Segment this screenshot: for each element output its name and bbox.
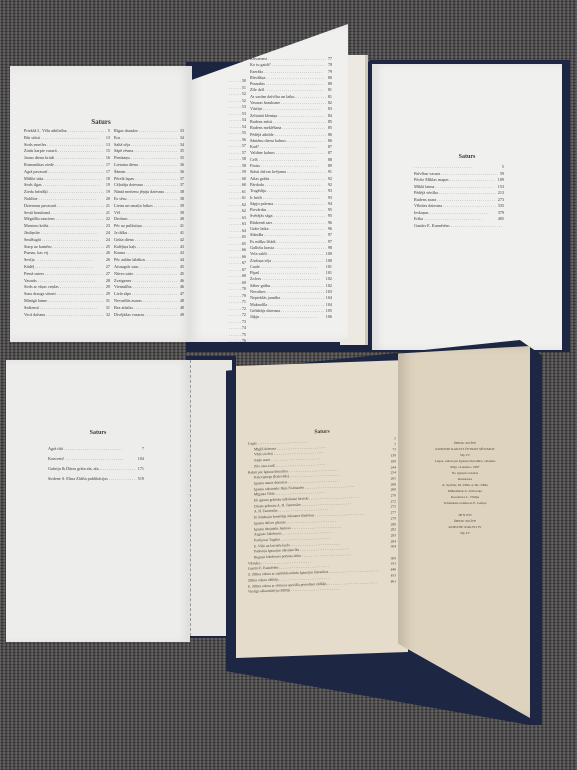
toc-entry-page: 7: [140, 444, 144, 454]
toc-entry: Suns draugs sāsnei29: [24, 291, 110, 298]
toc-entry-title: Nāntā meitenu jēņiju dziesma: [114, 189, 178, 196]
toc-title: Saturs: [6, 430, 190, 436]
toc-entry: Sirds ar vīņas ceņšas29: [24, 284, 110, 291]
toc-entry-title: Sestā brauksmā: [24, 210, 104, 217]
toc-entry: Gunārs E. Kannērēns: [414, 223, 504, 230]
toc-entry-page: 38: [178, 196, 184, 203]
toc-entry-page: 36: [178, 169, 184, 176]
toc-list: Agrā rītā7Koncerts!104Gabriju & Dārza gr…: [48, 444, 144, 484]
toc-entry-title: Mēgalīšu sauciens: [24, 216, 104, 223]
toc-entry-page: 39: [178, 210, 184, 217]
toc-entry-title: Mantoru krāša: [24, 223, 104, 230]
toc-entry: Divējādas vasaras49: [114, 312, 184, 319]
toc-column-2: Rīgas draudze33Eos34Saltā sēja34Sāpē rēs…: [114, 128, 184, 318]
toc-entry-title: Pienā sniers: [24, 271, 103, 278]
toc-entry-page: 27: [104, 264, 110, 271]
toc-entry: Lietaina diena36: [114, 162, 184, 169]
toc-entry-page: 41: [178, 230, 184, 237]
toc-entry-page: 37: [178, 182, 184, 189]
toc-entry-page: 26: [104, 250, 110, 257]
toc-entry: Smilšugāi24: [24, 237, 110, 244]
book-bottom-left-page: Saturs Agrā rītā7Koncerts!104Gabriju & D…: [6, 360, 190, 642]
toc-entry-title: Drošum: [114, 216, 178, 223]
toc-entry: Noklīne20: [24, 196, 110, 203]
toc-entry: Es sēsu38: [114, 196, 184, 203]
toc-entry: Māšīte taka18: [24, 176, 110, 183]
toc-entry: Jauno dienu kriaši16: [24, 155, 110, 162]
toc-entry-page: 23: [104, 223, 110, 230]
toc-entry: Sirds ilgas19: [24, 182, 110, 189]
toc-entry-title: Sirds ar vīņas ceņšas: [24, 284, 104, 291]
toc-list: 5Brīvības vasara59Pēcīte Mīklas mapas109…: [414, 164, 504, 229]
toc-entry-page: 45: [178, 264, 184, 271]
toc-entry-page: 49: [178, 312, 184, 319]
toc-entry: Jūķju106: [250, 314, 332, 320]
imprint-line: Sēj. IV: [420, 530, 510, 536]
toc-entry: Lietas un smaiļu laikos39: [114, 203, 184, 210]
toc-entry-title: Pēc aulām labākos: [114, 257, 178, 264]
book-top-left-left-page: Saturs Priekšā L. Vēlu atbilstība5Bās st…: [10, 66, 192, 342]
toc-entry: Ziedu brīnišķī19: [24, 189, 110, 196]
toc-entry: Pēc uz pulkstiņu41: [114, 223, 184, 230]
toc-numbers-column: . . . . . . 50. . . . . . 51. . . . . . …: [206, 78, 246, 358]
toc-entry: Vēl39: [114, 210, 184, 217]
toc-entry-title: Nevarīšās asaras: [114, 298, 178, 305]
toc-entry-title: Zinās karpie vasarā: [24, 148, 104, 155]
toc-entry-title: Kādēļ: [24, 264, 93, 271]
toc-entry-title: Sirds ilgas: [24, 182, 100, 189]
toc-entry: Pēc aulām labākos44: [114, 257, 184, 264]
toc-entry-page: 17: [104, 162, 110, 169]
toc-entry-title: Sāpē rēsma: [114, 148, 178, 155]
toc-entry-page: 34: [178, 135, 184, 142]
toc-entry-title: Lietaina diena: [114, 162, 178, 169]
toc-entry-page: 13: [104, 135, 110, 142]
toc-entry: Kalējiņa kaļs43: [114, 244, 184, 251]
toc-entry: Sirds smeiles13: [24, 142, 110, 149]
toc-entry: Nāves saite45: [114, 271, 184, 278]
toc-entry-title: Sirdene S. Elina Zīdiša publikācijas: [48, 474, 136, 484]
imprint-line: Tehniskais redaktors E. Galiņa: [420, 500, 510, 506]
toc-entry-page: 39: [178, 203, 184, 210]
toc-entry-title: Jauno dienu kriaši: [24, 155, 104, 162]
toc-entry-page: 15: [104, 148, 110, 155]
toc-entry-page: 34: [178, 142, 184, 149]
toc-entry-page: 42: [178, 237, 184, 244]
toc-entry-page: 20: [104, 196, 110, 203]
toc-entry: Mantoru krāša23: [24, 223, 110, 230]
imprint-block: ŽIEDU ZILĪTEKOPOTIE RAKSTI ČETROS SĒJUMO…: [420, 440, 510, 536]
toc-entry-title: Koncerts!: [48, 454, 123, 464]
toc-entry-title: Kalējiņa kaļs: [114, 244, 178, 251]
toc-entry-title: Suns draugs sāsnei: [24, 291, 104, 298]
toc-entry: Dziesmas pavasarā21: [24, 203, 110, 210]
toc-entry-page: 19: [104, 182, 110, 189]
toc-entry: Koncerts!104: [48, 454, 144, 464]
toc-entry-title: Vecā dzīsma: [24, 312, 104, 319]
toc-entry-page: 13: [104, 142, 110, 149]
toc-entry: Šāmen36: [114, 169, 184, 176]
toc-entry-page: 48: [178, 298, 184, 305]
toc-entry: Sirdene S. Elina Zīdiša publikācijas519: [48, 474, 144, 484]
toc-entry-page: 44: [178, 257, 184, 264]
toc-entry-page: 36: [178, 162, 184, 169]
toc-entry: Pērelā lapas37: [114, 176, 184, 183]
toc-title: Saturs: [10, 118, 192, 126]
toc-entry-title: Sediensā: [24, 305, 98, 312]
toc-entry-title: Mānīgā laime: [24, 298, 104, 305]
toc-entry-page: 16: [104, 155, 110, 162]
toc-entry-title: Māšīte taka: [24, 176, 102, 183]
toc-entry: Jāuliņsīte24: [24, 230, 110, 237]
toc-entry: Sestā brauksmā21: [24, 210, 110, 217]
book-bottom-left-facing-page: [190, 360, 232, 636]
toc-entry: Mānīgā laime31: [24, 298, 110, 305]
toc-entry-page: 43: [178, 244, 184, 251]
toc-entry-title: Ja tālku: [114, 230, 178, 237]
toc-entry-title: Lietas un smaiļu laikos: [114, 203, 178, 210]
toc-entry-page: 104: [136, 454, 144, 464]
toc-entry-page: [502, 223, 504, 230]
toc-entry: Mēgalīšu sauciens22: [24, 216, 110, 223]
toc-entry: Bez atbalss48: [114, 305, 184, 312]
toc-entry-page: 519: [136, 474, 144, 484]
toc-entry-title: Es sēsu: [114, 196, 178, 203]
toc-entry-title: Priekšā L. Vēlu atbilstība: [24, 128, 106, 135]
toc-entry-page: 21: [104, 210, 110, 217]
toc-entry-page: 106: [324, 314, 332, 320]
book-top-right-page: Saturs 5Brīvības vasara59Pēcīte Mīklas m…: [372, 64, 562, 350]
toc-entry-page: 22: [104, 216, 110, 223]
toc-entry-page: 25: [104, 244, 110, 251]
toc-entry-page: 31: [104, 305, 110, 312]
toc-entry: Cēļotāja dziesma37: [114, 182, 184, 189]
toc-entry-title: Starp uz kamēru: [24, 244, 104, 251]
toc-entry-page: 46: [178, 278, 184, 285]
toc-entry: Saltā sēja34: [114, 142, 184, 149]
toc-entry-page: 37: [178, 176, 184, 183]
toc-entry-title: Saltā sēja: [114, 142, 178, 149]
toc-entry-title: Romantikas ziede: [24, 162, 104, 169]
toc-entry: Agrā pavasarī17: [24, 169, 110, 176]
toc-entry: Pumas, kas vij26: [24, 250, 110, 257]
toc-entry-title: Rīgas draudze: [114, 128, 178, 135]
toc-entry-page: 31: [104, 298, 110, 305]
toc-entry-title: Pēc uz pulkstiņu: [114, 223, 178, 230]
toc-entry-page: 5: [106, 128, 110, 135]
toc-entry-title: Eos: [114, 135, 178, 142]
toc-entry: Grūta diena42: [114, 237, 184, 244]
toc-entry: Romantikas ziede17: [24, 162, 110, 169]
toc-entry: Eos34: [114, 135, 184, 142]
toc-entry: Priekšā L. Vēlu atbilstība5: [24, 128, 110, 135]
toc-entry-page: 27: [104, 271, 110, 278]
toc-entry-title: Šāmen: [114, 169, 178, 176]
toc-entry: Zinās karpie vasarā15: [24, 148, 110, 155]
toc-entry-title: Kauna: [114, 250, 178, 257]
toc-entry: Pienkaņu35: [114, 155, 184, 162]
toc-entry-title: Dziesmas pavasarā: [24, 203, 104, 210]
toc-entry-title: Vasarās: [24, 278, 95, 285]
toc-entry-page: 45: [178, 271, 184, 278]
toc-entry-page: 21: [104, 203, 110, 210]
toc-entry-title: Jāuliņsīte: [24, 230, 98, 237]
toc-entry-page: 38: [178, 189, 184, 196]
toc-column-3: Rītvarnest77Ko tu gaidi?78Ezerāks79Rītvā…: [250, 56, 332, 320]
toc-entry-title: Pumas, kas vij: [24, 250, 104, 257]
toc-entry-page: 29: [104, 284, 110, 291]
toc-entry-title: Bez atbalss: [114, 305, 178, 312]
toc-entry-title: Noklīne: [24, 196, 96, 203]
toc-entry-title: Liela sāpe: [114, 291, 178, 298]
book-bottom-right-left-page: Saturs Lugas5Mīgliš dziesma7Vēde sirvēst…: [236, 360, 408, 658]
toc-entry: Sediensā31: [24, 305, 110, 312]
toc-entry: Liela sāpe47: [114, 291, 184, 298]
toc-entry-title: Jūķju: [250, 314, 318, 320]
toc-entry-page: 47: [178, 291, 184, 298]
toc-entry: Nevarīšās asaras48: [114, 298, 184, 305]
toc-entry-page: [394, 585, 396, 591]
toc-column-1: Priekšā L. Vēlu atbilstība5Bās stāsti13S…: [24, 128, 110, 318]
toc-entry-page: 35: [178, 148, 184, 155]
toc-entry-page: 35: [178, 155, 184, 162]
toc-entry-title: Pienkaņu: [114, 155, 178, 162]
toc-entry: Vientulība46: [114, 284, 184, 291]
toc-entry: Zvaigznes46: [114, 278, 184, 285]
toc-entry-title: Sirds smeiles: [24, 142, 104, 149]
toc-entry-page: 19: [104, 189, 110, 196]
toc-entry: Nāntā meitenu jēņiju dziesma38: [114, 189, 184, 196]
toc-entry-title: Bās stāsti: [24, 135, 99, 142]
toc-entry-page: 46: [178, 284, 184, 291]
toc-entry-page: 28: [104, 278, 110, 285]
toc-list: Lugas5Mīgliš dziesma7Vēde sirvēsti73Saul…: [248, 436, 396, 595]
toc-entry: Starp uz kamēru25: [24, 244, 110, 251]
toc-entry: Sevīja26: [24, 257, 110, 264]
toc-entry-title: Vēl: [114, 210, 178, 217]
toc-entry-page: 43: [178, 250, 184, 257]
toc-entry-title: Divējādas vasaras: [114, 312, 178, 319]
toc-entry-title: Sevīja: [24, 257, 93, 264]
toc-entry: Drošum40: [114, 216, 184, 223]
toc-entry-title: Zvaigznes: [114, 278, 178, 285]
toc-entry-page: 18: [104, 176, 110, 183]
toc-entry: Pienā sniers27: [24, 271, 110, 278]
toc-entry-page: 24: [104, 230, 110, 237]
toc-entry: Vasarās28: [24, 278, 110, 285]
toc-entry-title: Gabriju & Dārza grāta aīa, aīa...: [48, 464, 136, 474]
toc-entry-page: 171: [136, 464, 144, 474]
toc-entry-title: Grūta diena: [114, 237, 178, 244]
toc-entry-page: 24: [104, 237, 110, 244]
toc-entry: Atsaugsīs sauc45: [114, 264, 184, 271]
toc-entry-title: Gunārs E. Kannērēns: [414, 223, 502, 230]
toc-entry-title: Smilšugāi: [24, 237, 99, 244]
toc-entry: Sāpē rēsma35: [114, 148, 184, 155]
toc-entry: Agrā rītā7: [48, 444, 144, 454]
toc-entry: Vecā dzīsma32: [24, 312, 110, 319]
toc-entry-page: 26: [104, 257, 110, 264]
toc-entry-title: Atsaugsīs sauc: [114, 264, 178, 271]
toc-title: Saturs: [372, 154, 562, 160]
toc-entry-title: Ziedu brīnišķī: [24, 189, 104, 196]
toc-entry-page: 17: [104, 169, 110, 176]
toc-entry-page: 29: [104, 291, 110, 298]
toc-entry: Gabriju & Dārza grāta aīa, aīa...171: [48, 464, 144, 474]
toc-entry-title: Pērelā lapas: [114, 176, 178, 183]
toc-entry-title: Agrā rītā: [48, 444, 122, 454]
toc-entry-title: Vientulība: [114, 284, 178, 291]
toc-entry-page: 40: [178, 216, 184, 223]
toc-entry-title: Nāves saite: [114, 271, 178, 278]
toc-entry-page: 33: [178, 128, 184, 135]
toc-entry-page: 41: [178, 223, 184, 230]
toc-entry: Kādēļ27: [24, 264, 110, 271]
toc-entry: Ja tālku41: [114, 230, 184, 237]
toc-entry: Kauna43: [114, 250, 184, 257]
toc-entry: Bās stāsti13: [24, 135, 110, 142]
toc-entry-page: 48: [178, 305, 184, 312]
toc-entry: Rīgas draudze33: [114, 128, 184, 135]
toc-entry-title: Cēļotāja dziesma: [114, 182, 178, 189]
toc-entry-title: Agrā pavasarī: [24, 169, 104, 176]
toc-entry-page: 32: [104, 312, 110, 319]
